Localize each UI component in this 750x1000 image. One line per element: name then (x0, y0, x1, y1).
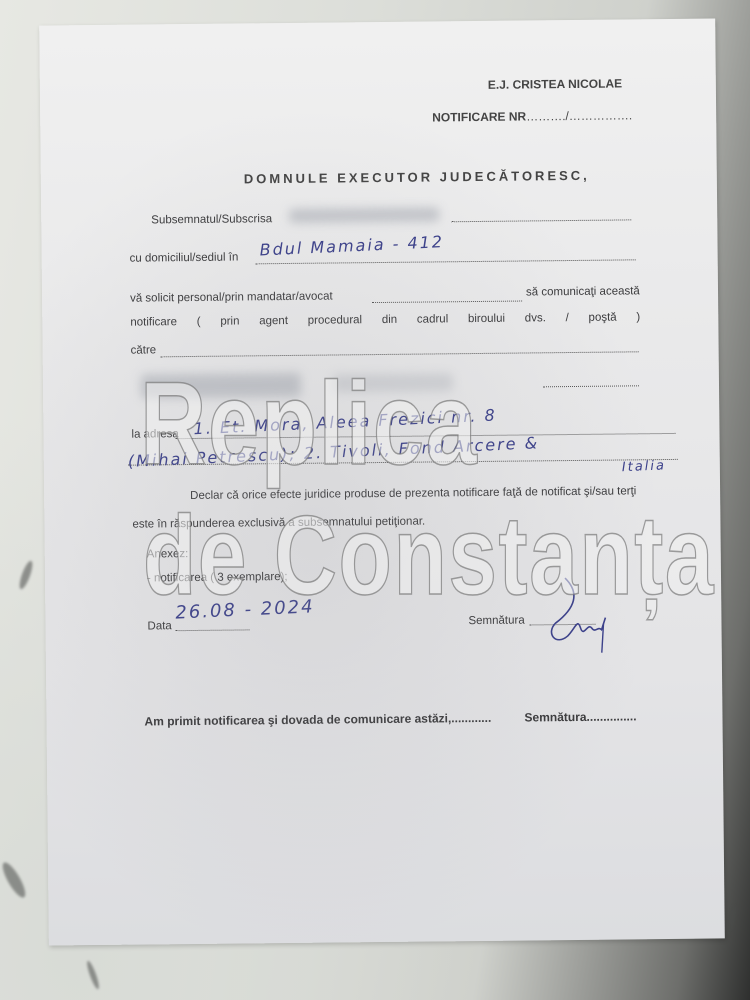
marble-vein (85, 960, 101, 990)
domicile-handwritten: Bdul Mamaia - 412 (259, 232, 444, 259)
document-title: DOMNULE EXECUTOR JUDECĂTORESC, (244, 168, 590, 187)
request-line-2: notificare(prinagentproceduraldincadrulb… (130, 311, 640, 328)
request-word: prin (220, 315, 239, 327)
date-label: Data (147, 620, 171, 632)
watermark-line-1: Replica (140, 365, 478, 483)
request-word: cadrul (417, 313, 448, 325)
undersigned-label: Subsemnatul/Subscrisa (151, 213, 272, 226)
notice-number-value: ………./……………. (526, 108, 632, 123)
notice-number-label: NOTIFICARE NR………./……………. (432, 108, 632, 124)
attorney-line (372, 301, 522, 304)
recipient-line (543, 385, 639, 387)
to-label: către (131, 344, 157, 356)
address-handwritten-3: Italia (622, 458, 667, 475)
to-line (161, 351, 639, 357)
domicile-line (256, 259, 636, 264)
request-text-2: să comunicaţi această (526, 285, 640, 298)
request-word: dvs. (525, 312, 546, 324)
receipt-text: Am primit notificarea şi dovada de comun… (144, 711, 491, 729)
notice-number-text: NOTIFICARE NR (432, 109, 526, 124)
date-line (176, 629, 250, 631)
undersigned-line (451, 219, 631, 222)
request-text-1: vă solicit personal/prin mandatar/avocat (130, 291, 333, 305)
request-word: din (382, 314, 397, 326)
bailiff-office: E.J. CRISTEA NICOLAE (488, 76, 622, 91)
domicile-label: cu domiciliul/sediul în (130, 251, 239, 264)
request-word: poştă (588, 312, 616, 324)
marble-vein (728, 905, 737, 930)
request-word: notificare (130, 316, 177, 328)
request-word: procedural (308, 314, 362, 327)
request-word: / (566, 312, 569, 324)
watermark-line-2: de Constanța (143, 500, 715, 612)
request-word: ( (197, 316, 201, 328)
request-word: biroului (468, 313, 505, 325)
marble-vein (0, 860, 29, 901)
marble-vein (17, 560, 35, 591)
request-word: agent (259, 315, 288, 327)
receipt-signature: Semnătura............... (524, 709, 636, 724)
redacted-name (289, 207, 439, 223)
request-word: ) (636, 311, 640, 323)
